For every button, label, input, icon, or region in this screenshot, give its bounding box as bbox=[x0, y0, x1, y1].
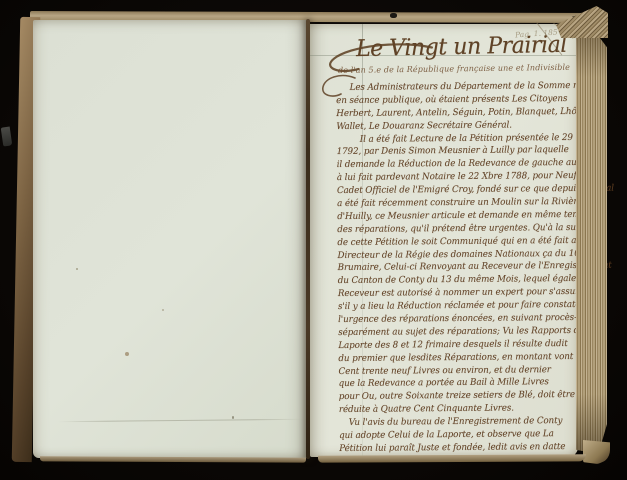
book-fore-edge bbox=[576, 26, 607, 454]
paper-speck bbox=[390, 13, 397, 18]
paper-crease bbox=[58, 419, 303, 423]
book-clasp bbox=[1, 126, 13, 146]
manuscript-body: Les Administrateurs du Département de la… bbox=[336, 80, 573, 456]
page-stack-corner bbox=[556, 6, 608, 38]
left-page bbox=[33, 20, 307, 458]
manuscript-title: Le Vingt un Prairial bbox=[356, 32, 567, 62]
manuscript-subtitle: de l'an 5.e de la République française u… bbox=[338, 62, 570, 75]
paper-speck bbox=[162, 309, 164, 311]
book-bottom-edge bbox=[40, 456, 306, 462]
paper-speck bbox=[125, 352, 129, 356]
right-page: Pag. 1. 185 Le Vingt un Prairial de l'an… bbox=[310, 24, 578, 457]
book-bottom-edge bbox=[318, 454, 586, 462]
paper-speck bbox=[76, 268, 78, 270]
page-stack-corner bbox=[583, 440, 610, 464]
scan-background: Pag. 1. 185 Le Vingt un Prairial de l'an… bbox=[0, 0, 627, 480]
